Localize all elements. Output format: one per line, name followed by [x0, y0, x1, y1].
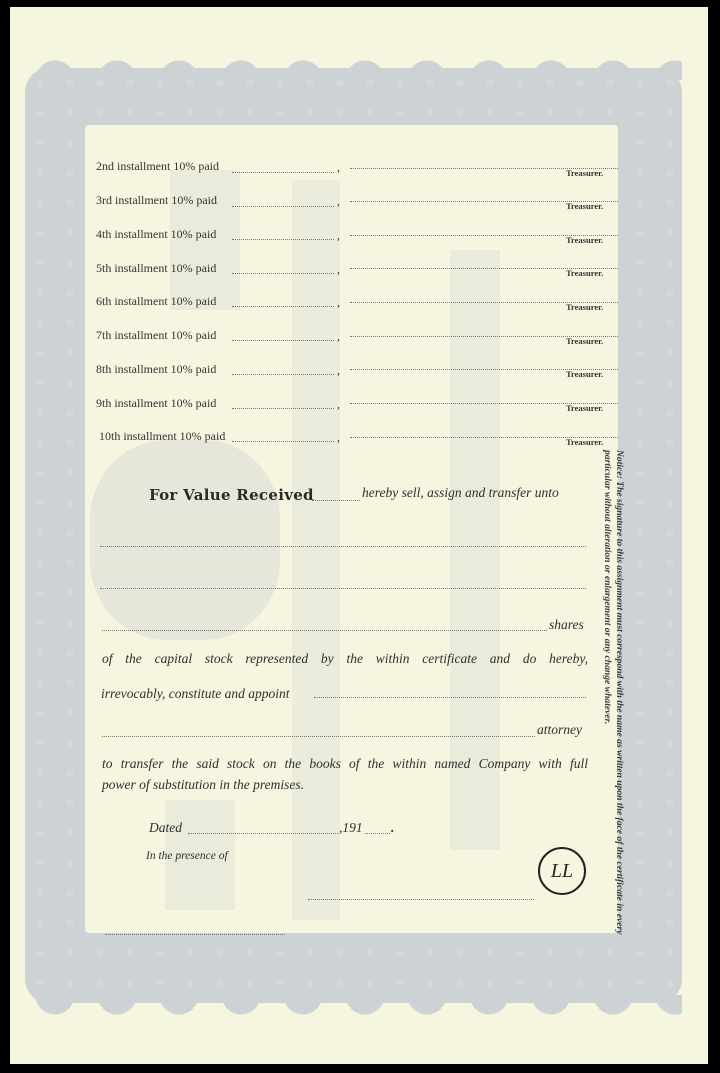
date-line[interactable]: [188, 833, 338, 834]
treasurer-label: Treasurer.: [566, 168, 603, 178]
bleed-through-title-band: [292, 180, 340, 920]
presence-label: In the presence of: [146, 850, 228, 862]
assignee-line-1[interactable]: [100, 546, 586, 547]
bleed-through-vignette: [90, 440, 280, 640]
installment-date-line[interactable]: [232, 441, 334, 442]
shares-count-line[interactable]: [102, 630, 547, 631]
comma: ,: [337, 194, 340, 209]
notice-vertical-text: Notice: The signature to this assignment…: [591, 450, 625, 958]
substitution-clause: power of substitution in the premises.: [102, 777, 304, 793]
assignor-signature-line[interactable]: [308, 899, 534, 900]
installment-label: 8th installment 10% paid: [96, 362, 216, 377]
comma: ,: [337, 160, 340, 175]
assignor-line[interactable]: [312, 500, 360, 501]
installment-label: 10th installment 10% paid: [99, 429, 225, 444]
company-seal-icon: LL: [538, 847, 586, 895]
capital-stock-clause: of the capital stock represented by the …: [102, 651, 588, 667]
witness-signature-line[interactable]: [105, 934, 285, 935]
installment-date-line[interactable]: [232, 273, 334, 274]
installment-label: 9th installment 10% paid: [96, 396, 216, 411]
installment-date-line[interactable]: [232, 306, 334, 307]
treasurer-label: Treasurer.: [566, 437, 603, 447]
comma: ,: [337, 329, 340, 344]
attorney-label: attorney: [537, 722, 582, 738]
treasurer-label: Treasurer.: [566, 369, 603, 379]
installment-date-line[interactable]: [232, 340, 334, 341]
dated-label: Dated: [149, 820, 182, 836]
installment-label: 4th installment 10% paid: [96, 227, 216, 242]
for-value-received-heading: For Value Received: [149, 486, 314, 504]
comma: ,: [337, 295, 340, 310]
treasurer-label: Treasurer.: [566, 336, 603, 346]
installment-date-line[interactable]: [232, 206, 334, 207]
year-prefix: ,191: [339, 820, 363, 836]
transfer-clause: to transfer the said stock on the books …: [102, 756, 588, 772]
installment-date-line[interactable]: [232, 374, 334, 375]
installment-date-line[interactable]: [232, 239, 334, 240]
attorney-line[interactable]: [102, 736, 535, 737]
comma: ,: [337, 228, 340, 243]
treasurer-label: Treasurer.: [566, 235, 603, 245]
comma: ,: [337, 363, 340, 378]
installment-label: 7th installment 10% paid: [96, 328, 216, 343]
treasurer-label: Treasurer.: [566, 268, 603, 278]
date-period: .: [391, 820, 394, 836]
installment-label: 6th installment 10% paid: [96, 294, 216, 309]
comma: ,: [337, 262, 340, 277]
assignee-line-2[interactable]: [100, 588, 586, 589]
irrevocably-clause: irrevocably, constitute and appoint: [101, 686, 289, 702]
installment-label: 5th installment 10% paid: [96, 261, 216, 276]
comma: ,: [337, 397, 340, 412]
assignment-clause: hereby sell, assign and transfer unto: [362, 485, 559, 501]
installment-date-line[interactable]: [232, 172, 334, 173]
treasurer-label: Treasurer.: [566, 302, 603, 312]
treasurer-label: Treasurer.: [566, 403, 603, 413]
installment-date-line[interactable]: [232, 408, 334, 409]
shares-label: shares: [549, 617, 584, 633]
comma: ,: [337, 430, 340, 445]
attorney-name-line[interactable]: [314, 697, 586, 698]
year-suffix-line[interactable]: [365, 833, 390, 834]
treasurer-label: Treasurer.: [566, 201, 603, 211]
installment-label: 3rd installment 10% paid: [96, 193, 217, 208]
installment-label: 2nd installment 10% paid: [96, 159, 219, 174]
